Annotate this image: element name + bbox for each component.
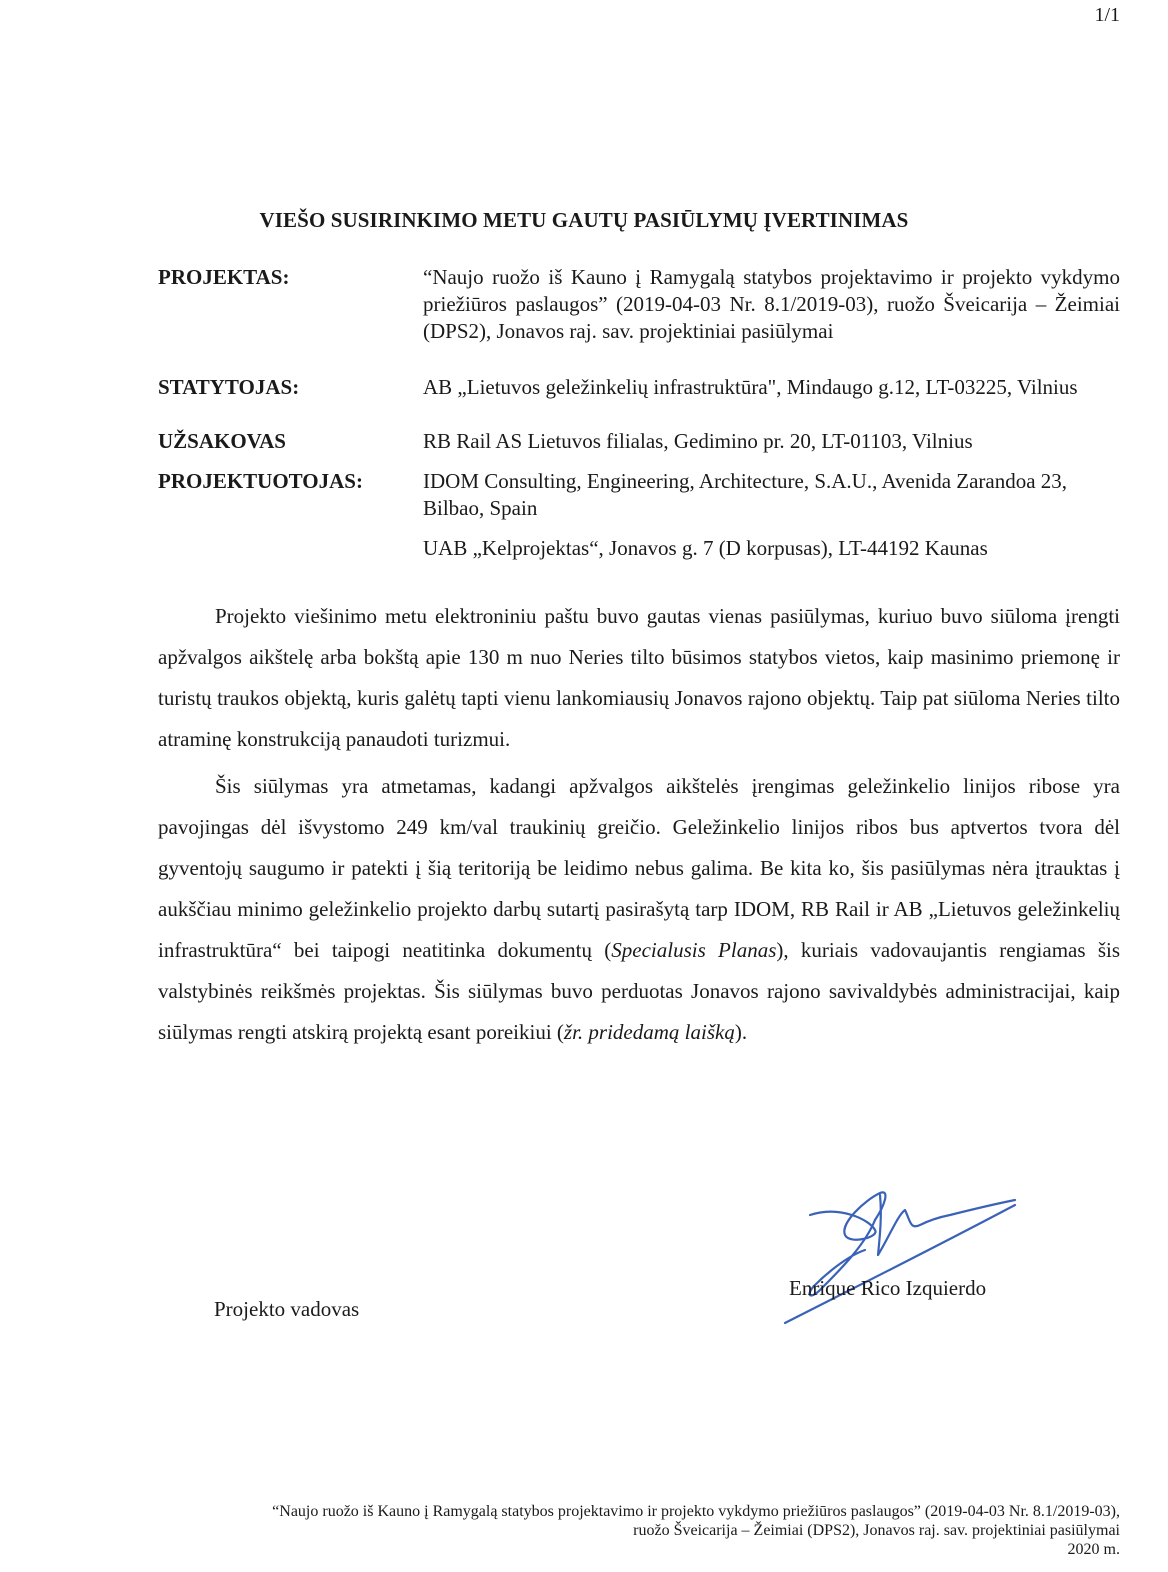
meta-value: UAB „Kelprojektas“, Jonavos g. 7 (D korp… bbox=[423, 535, 1120, 562]
paragraph-text: Šis siūlymas yra atmetamas, kadangi apžv… bbox=[158, 774, 1120, 962]
signature-icon bbox=[780, 1175, 1030, 1325]
footer-line: “Naujo ruožo iš Kauno į Ramygalą statybo… bbox=[272, 1502, 1120, 1521]
meta-value: IDOM Consulting, Engineering, Architectu… bbox=[423, 468, 1120, 522]
italic-reference: žr. pridedamą laišką bbox=[564, 1020, 735, 1044]
italic-reference: Specialusis Planas bbox=[611, 938, 776, 962]
meta-label: UŽSAKOVAS bbox=[158, 428, 286, 455]
meta-value: “Naujo ruožo iš Kauno į Ramygalą statybo… bbox=[423, 264, 1120, 345]
footer-line: 2020 m. bbox=[272, 1540, 1120, 1559]
signer-role: Projekto vadovas bbox=[214, 1297, 359, 1322]
page-number: 1/1 bbox=[1094, 4, 1120, 27]
meta-value: AB „Lietuvos geležinkelių infrastruktūra… bbox=[423, 374, 1120, 401]
signer-name: Enrique Rico Izquierdo bbox=[789, 1276, 986, 1301]
page-footer: “Naujo ruožo iš Kauno į Ramygalą statybo… bbox=[272, 1502, 1120, 1559]
meta-label: STATYTOJAS: bbox=[158, 374, 299, 401]
document-title: VIEŠO SUSIRINKIMO METU GAUTŲ PASIŪLYMŲ Į… bbox=[0, 208, 1168, 233]
body-text: Projekto viešinimo metu elektroniniu paš… bbox=[158, 596, 1120, 1053]
paragraph-text: ). bbox=[735, 1020, 747, 1044]
meta-label: PROJEKTAS: bbox=[158, 264, 289, 291]
footer-line: ruožo Šveicarija – Žeimiai (DPS2), Jonav… bbox=[272, 1521, 1120, 1540]
paragraph: Šis siūlymas yra atmetamas, kadangi apžv… bbox=[158, 766, 1120, 1053]
meta-value: RB Rail AS Lietuvos filialas, Gedimino p… bbox=[423, 428, 1120, 455]
meta-label: PROJEKTUOTOJAS: bbox=[158, 468, 363, 495]
paragraph: Projekto viešinimo metu elektroniniu paš… bbox=[158, 596, 1120, 760]
